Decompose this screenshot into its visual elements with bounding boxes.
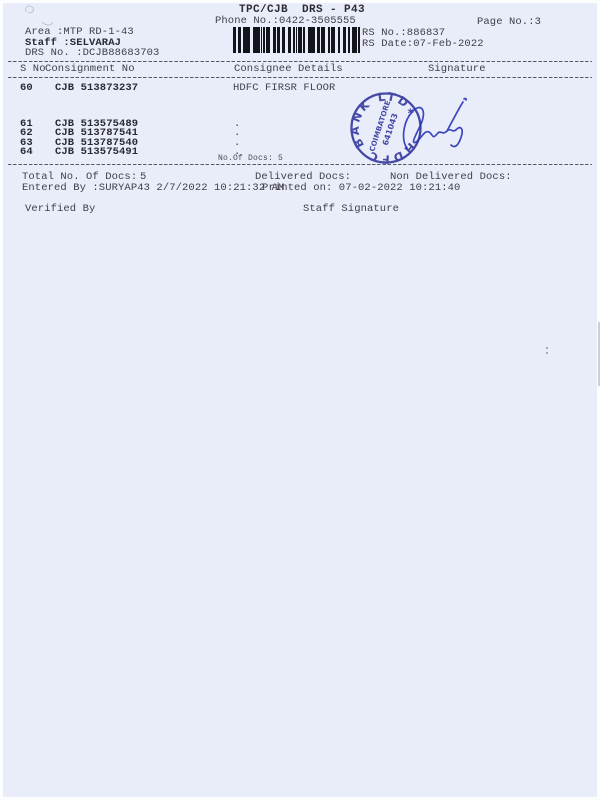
no-of-docs-note: No.Of Docs: 5 [218, 153, 283, 164]
page-number: Page No.:3 [477, 17, 541, 28]
printed-on-field: Printed on: 07-02-2022 10:21:40 [262, 183, 460, 194]
scan-speck [546, 347, 548, 349]
divider [8, 164, 592, 165]
total-docs-value: 5 [140, 172, 146, 183]
scan-speck [546, 352, 548, 354]
row-consignee: HDFC FIRSR FLOOR [233, 83, 335, 94]
col-header-sno: S No [20, 64, 46, 75]
delivered-docs-label: Delivered Docs: [255, 172, 351, 183]
col-header-consignment: Consignment No [45, 64, 135, 75]
row-consignment-no: CJB 513873237 [55, 83, 138, 94]
rs-date-field: RS Date:07-Feb-2022 [362, 39, 484, 50]
staff-signature-label: Staff Signature [303, 204, 399, 215]
handwritten-signature [397, 90, 477, 155]
divider [8, 61, 592, 62]
drs-number-field: DRS No. :DCJB88683703 [25, 48, 159, 59]
drs-barcode [233, 27, 361, 53]
phone-number: Phone No.:0422-3505555 [215, 16, 356, 27]
scanned-document-page: TPC/CJB DRS - P43 Phone No.:0422-3505555… [0, 0, 600, 800]
verified-by-label: Verified By [25, 204, 95, 215]
entered-by-field: Entered By :SURYAP43 2/7/2022 10:21:32 A… [22, 183, 284, 194]
row-consignment-no: CJB 513575491 [55, 147, 138, 158]
non-delivered-docs-label: Non Delivered Docs: [390, 172, 512, 183]
divider [8, 77, 592, 78]
total-docs-label: Total No. Of Docs: [22, 172, 137, 183]
row-sno: 60 [20, 83, 33, 94]
row-sno: 64 [20, 147, 33, 158]
